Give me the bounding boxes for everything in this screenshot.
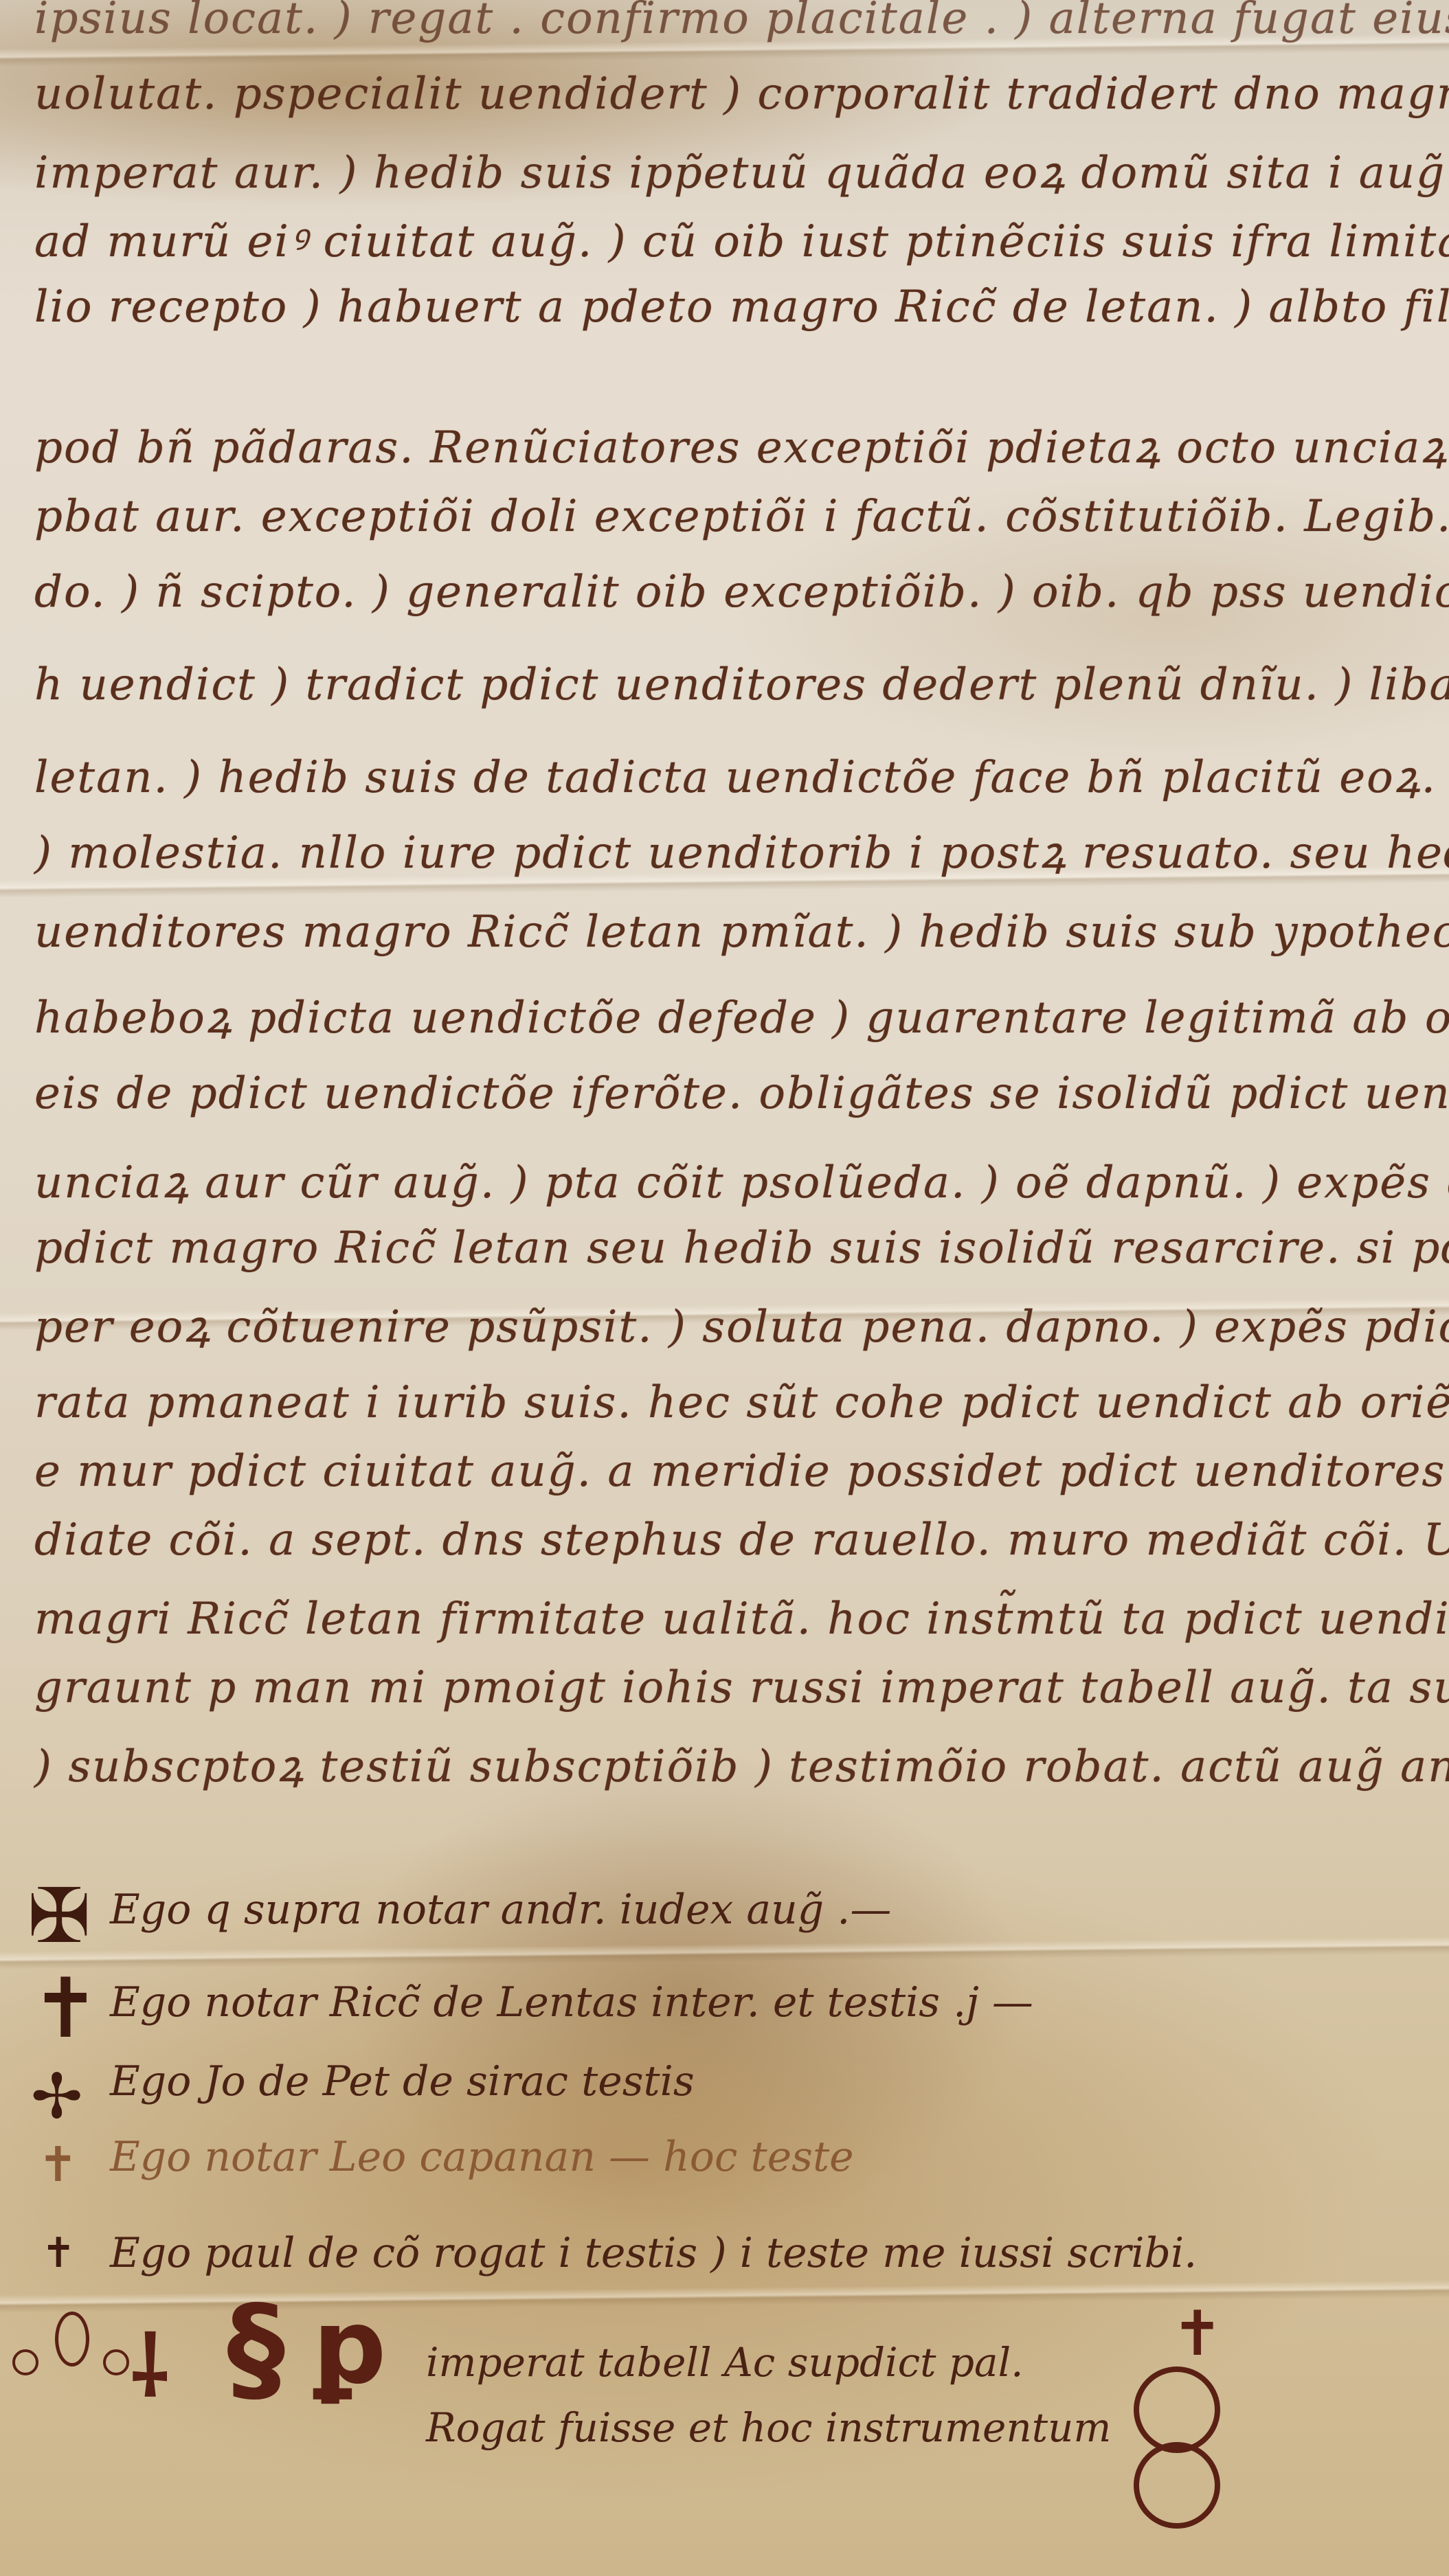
text-line: lio recepto ) habuert a pdeto magro Ricc… xyxy=(34,282,1449,332)
signum-cross-icon: ✝ xyxy=(1171,2298,1223,2370)
text-line: diate cõi. a sept. dns stephus de rauell… xyxy=(34,1515,1449,1566)
cross-icon: ✝ xyxy=(41,2229,76,2277)
subscription-line: Ego notar Leo capanan — hoc teste xyxy=(110,2133,854,2181)
dotted-cross-icon: ✠ xyxy=(27,1872,91,1960)
subscription-line: Ego q supra notar andr. iudex aug̃ .— xyxy=(110,1886,891,1934)
text-line: rata pmaneat i iurib suis. hec sũt cohe … xyxy=(34,1377,1449,1428)
notarial-monogram-icon xyxy=(1134,2442,1220,2529)
cross-icon: ✝ xyxy=(38,2136,78,2193)
text-line: do. ) ñ scipto. ) generalit oib exceptiõ… xyxy=(34,567,1449,618)
dotted-cross-icon: ✢ xyxy=(31,2061,82,2133)
cross-icon: ✝ xyxy=(31,1961,100,2057)
parchment-crease xyxy=(0,2280,1449,2313)
notary-line: Rogat fuisse et hoc instrumentum xyxy=(426,2404,1111,2451)
notarial-signum-icon xyxy=(12,2349,38,2375)
text-line: imperat aur. ) hedib suis ipp̃etuũ quãda… xyxy=(34,141,1449,201)
subscription-line: Ego notar Ricc̃ de Lentas inter. et test… xyxy=(110,1978,1033,2026)
text-line: ipsius locat. ) regat . confirmo placita… xyxy=(34,0,1449,44)
notarial-signum-icon xyxy=(55,2312,89,2366)
parchment-crease xyxy=(0,1936,1449,1969)
text-line: pdict magro Ricc̃ letan seu hedib suis i… xyxy=(34,1223,1449,1274)
text-line: unciaꝝ aur cũr aug̃. ) pta cõit psolũeda… xyxy=(34,1151,1449,1210)
text-line: e mur pdict ciuitat aug̃. a meridie poss… xyxy=(34,1446,1449,1497)
text-line: pbat aur. exceptiõi doli exceptiõi i fac… xyxy=(34,491,1449,542)
text-line: uolutat. pspecialit uendidert ) corporal… xyxy=(34,69,1449,120)
text-line: ) subscptoꝝ testiũ subscptiõib ) testimõ… xyxy=(34,1735,1449,1794)
text-line: per eoꝝ cõtuenire psũpsit. ) soluta pena… xyxy=(34,1295,1449,1355)
notarial-signum-icon: ⸸ xyxy=(131,2308,169,2420)
text-line: magri Ricc̃ letan firmitate ualitã. hoc … xyxy=(34,1594,1449,1645)
text-line: eis de pdict uendictõe iferõte. obligãte… xyxy=(34,1068,1449,1119)
subscription-line: Ego paul de cõ rogat i testis ) i teste … xyxy=(110,2229,1197,2277)
text-line: ) molestia. nllo iure pdict uenditorib i… xyxy=(34,821,1449,881)
text-line: graunt p man mi pmoigt iohis russi imper… xyxy=(34,1662,1449,1713)
text-line: ad murũ eiꝰ ciuitat aug̃. ) cũ oib iust … xyxy=(34,210,1449,269)
notarial-monogram-icon xyxy=(1134,2366,1220,2453)
text-line: pod bñ pãdaras. Renũciatores exceptiõi p… xyxy=(34,416,1449,475)
text-line: h uendict ) tradict pdict uenditores ded… xyxy=(34,659,1449,710)
notarial-signum-icon xyxy=(103,2349,129,2375)
subscription-line: Ego Jo de Pet de sirac testis xyxy=(110,2057,695,2105)
text-line: habeboꝝ pdicta uendictõe defede ) guaren… xyxy=(34,986,1449,1046)
text-line: letan. ) hedib suis de tadicta uendictõe… xyxy=(34,745,1449,805)
notary-line: imperat tabell Ac supdict pal. xyxy=(426,2339,1024,2386)
notarial-signum-icon: § xyxy=(227,2281,285,2417)
text-line: uenditores magro Ricc̃ letan pmĩat. ) he… xyxy=(34,900,1449,960)
notarial-signum-icon: ꝑ xyxy=(313,2287,386,2407)
